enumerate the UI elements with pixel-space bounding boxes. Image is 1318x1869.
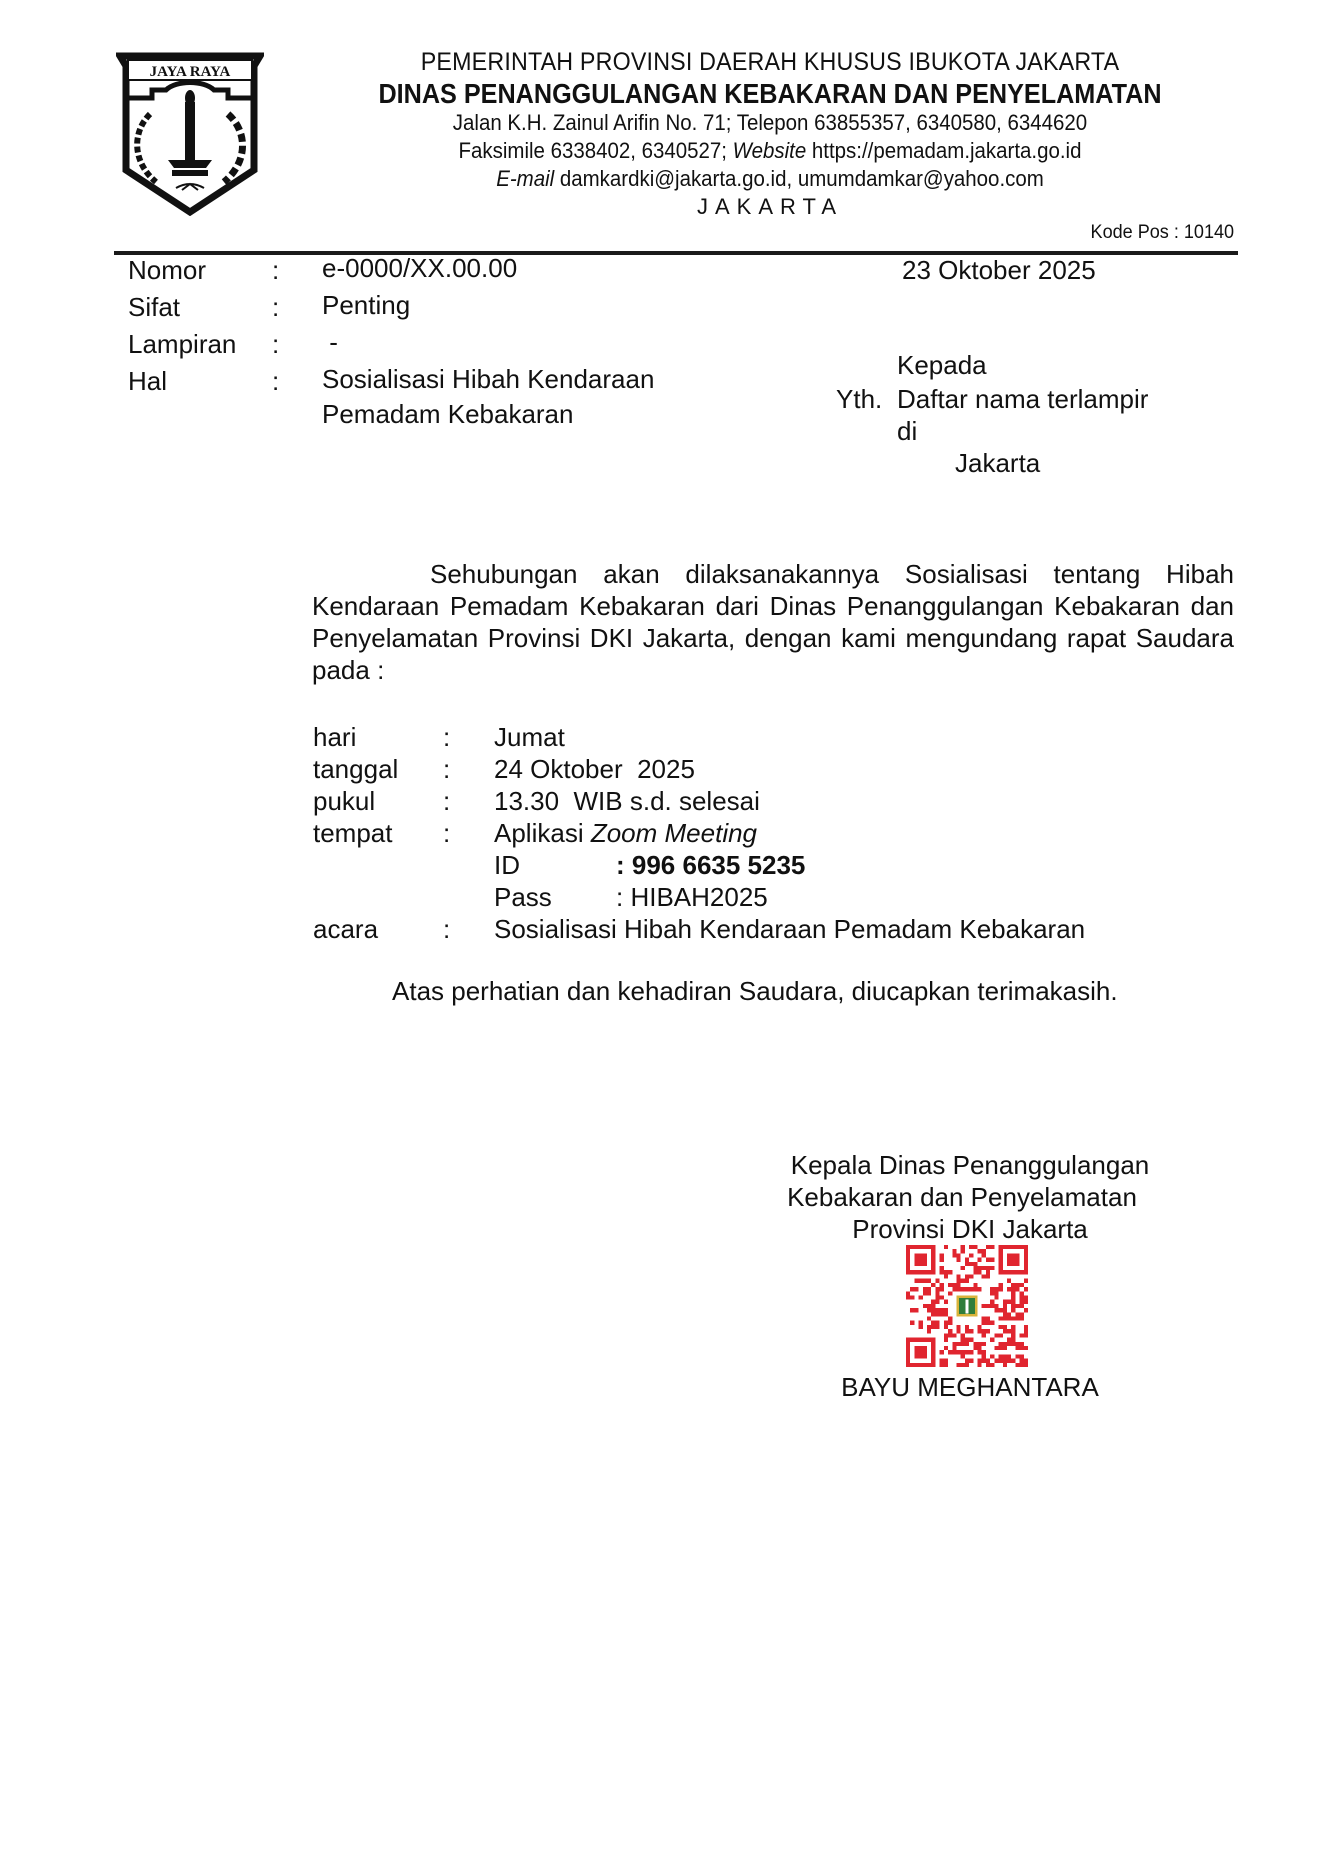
field-value-sifat: Penting [322, 288, 410, 322]
addressee-kepada: Kepada [897, 350, 987, 381]
detail-value-hari: Jumat [494, 722, 565, 753]
signatory-title-line2: Kebakaran dan Penyelamatan [732, 1182, 1192, 1213]
field-colon: : [272, 366, 279, 397]
field-value-hal: Sosialisasi Hibah Kendaraan [322, 362, 654, 396]
field-colon: : [272, 255, 279, 286]
emblem-motto: JAYA RAYA [150, 64, 231, 80]
field-colon: : [272, 329, 279, 360]
addressee-di: di [897, 416, 917, 447]
tempat-prefix: Aplikasi [494, 818, 584, 848]
signatory-title-line1: Kepala Dinas Penanggulangan [740, 1150, 1200, 1181]
letterhead-fax-website: Faksimile 6338402, 6340527; Website http… [333, 138, 1207, 164]
letterhead-address: Jalan K.H. Zainul Arifin No. 71; Telepon… [333, 110, 1207, 136]
letterhead-agency: DINAS PENANGGULANGAN KEBAKARAN DAN PENYE… [347, 78, 1193, 110]
detail-value-tanggal: 24 Oktober 2025 [494, 754, 695, 785]
field-label-nomor: Nomor [128, 255, 206, 286]
detail-value-pukul: 13.30 WIB s.d. selesai [494, 786, 760, 817]
letterhead-government: PEMERINTAH PROVINSI DAERAH KHUSUS IBUKOT… [333, 48, 1207, 77]
addressee-yth: Yth. [836, 384, 882, 415]
zoom-id-label: ID [494, 850, 520, 881]
detail-label-tempat: tempat [313, 818, 393, 849]
zoom-id-value: : 996 6635 5235 [616, 850, 805, 881]
email-label: E-mail [496, 166, 554, 191]
signatory-name: BAYU MEGHANTARA [740, 1372, 1200, 1403]
field-value-nomor: e-0000/XX.00.00 [322, 251, 517, 285]
field-value-lampiran: - [322, 325, 338, 359]
letter-date: 23 Oktober 2025 [902, 255, 1096, 286]
detail-colon: : [443, 722, 450, 753]
addressee-recipient: Daftar nama terlampir [897, 384, 1148, 415]
signatory-title-line3: Provinsi DKI Jakarta [740, 1214, 1200, 1245]
website-link[interactable]: https://pemadam.jakarta.go.id [812, 138, 1082, 163]
detail-label-pukul: pukul [313, 786, 375, 817]
tempat-app: Zoom Meeting [591, 818, 757, 848]
zoom-pass-label: Pass [494, 882, 552, 913]
postal-code: Kode Pos : 10140 [1090, 222, 1234, 244]
field-label-hal: Hal [128, 366, 167, 397]
body-paragraph: Sehubungan akan dilaksanakannya Sosialis… [312, 558, 1234, 686]
field-label-sifat: Sifat [128, 292, 180, 323]
field-label-lampiran: Lampiran [128, 329, 236, 360]
letterhead-email: E-mail damkardki@jakarta.go.id, umumdamk… [333, 166, 1207, 192]
fax-text: Faksimile 6338402, 6340527; [459, 138, 727, 163]
website-label: Website [733, 138, 807, 163]
letterhead-city: JAKARTA [300, 194, 1240, 220]
detail-colon: : [443, 914, 450, 945]
detail-value-tempat: Aplikasi Zoom Meeting [494, 818, 757, 849]
jakarta-emblem-icon: JAYA RAYA [116, 52, 264, 216]
qr-code-signature-icon [906, 1245, 1028, 1367]
closing-sentence: Atas perhatian dan kehadiran Saudara, di… [392, 976, 1118, 1007]
detail-label-acara: acara [313, 914, 378, 945]
detail-colon: : [443, 818, 450, 849]
detail-label-hari: hari [313, 722, 356, 753]
zoom-pass-value: : HIBAH2025 [616, 882, 768, 913]
detail-label-tanggal: tanggal [313, 754, 398, 785]
field-colon: : [272, 292, 279, 323]
email-addresses[interactable]: damkardki@jakarta.go.id, umumdamkar@yaho… [560, 166, 1044, 191]
detail-colon: : [443, 786, 450, 817]
field-value-hal-line2: Pemadam Kebakaran [322, 397, 573, 431]
detail-colon: : [443, 754, 450, 785]
addressee-city: Jakarta [955, 448, 1040, 479]
detail-value-acara: Sosialisasi Hibah Kendaraan Pemadam Keba… [494, 914, 1085, 945]
